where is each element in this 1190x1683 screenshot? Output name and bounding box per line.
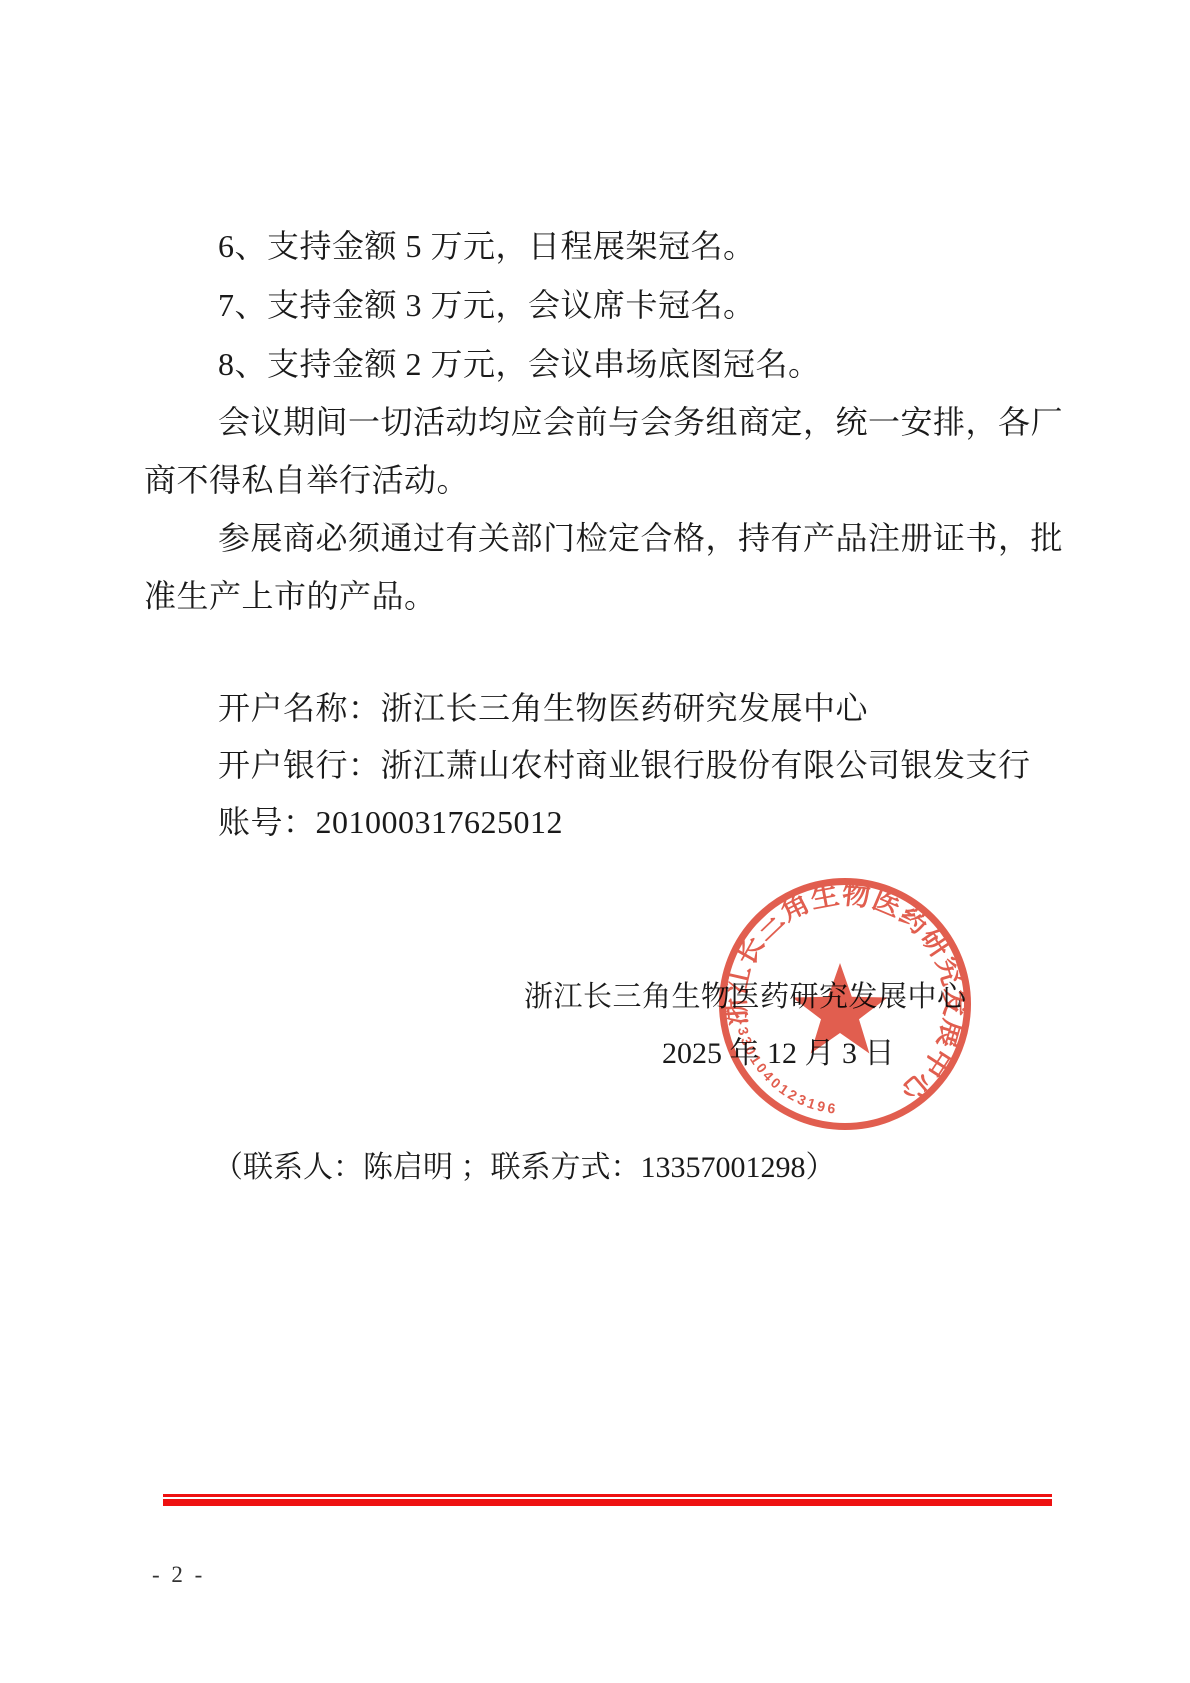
footer-double-rule	[163, 1494, 1052, 1506]
bank-account-number: 账号：201000317625012	[218, 804, 563, 840]
paragraph1-line2: 商不得私自举行活动。	[144, 462, 469, 498]
seal-star-icon	[792, 963, 887, 1054]
list-item-7: 7、支持金额 3 万元，会议席卡冠名。	[218, 287, 756, 323]
bank-account-name: 开户名称：浙江长三角生物医药研究发展中心	[218, 690, 868, 726]
paragraph2-line1: 参展商必须通过有关部门检定合格，持有产品注册证书，批	[218, 520, 1063, 556]
page-number: - 2 -	[152, 1562, 205, 1588]
document-page: 6、支持金额 5 万元，日程展架冠名。 7、支持金额 3 万元，会议席卡冠名。 …	[0, 0, 1190, 1683]
list-item-8: 8、支持金额 2 万元，会议串场底图冠名。	[218, 346, 821, 382]
official-seal: 浙江长三角生物医药研究发展中心 3301040123196	[710, 869, 980, 1139]
list-item-6: 6、支持金额 5 万元，日程展架冠名。	[218, 228, 756, 264]
paragraph1-line1: 会议期间一切活动均应会前与会务组商定，统一安排，各厂	[218, 404, 1063, 440]
contact-info: （联系人：陈启明 ；联系方式：13357001298）	[213, 1150, 836, 1186]
paragraph2-line2: 准生产上市的产品。	[144, 578, 437, 614]
bank-name: 开户银行：浙江萧山农村商业银行股份有限公司银发支行	[218, 747, 1031, 783]
